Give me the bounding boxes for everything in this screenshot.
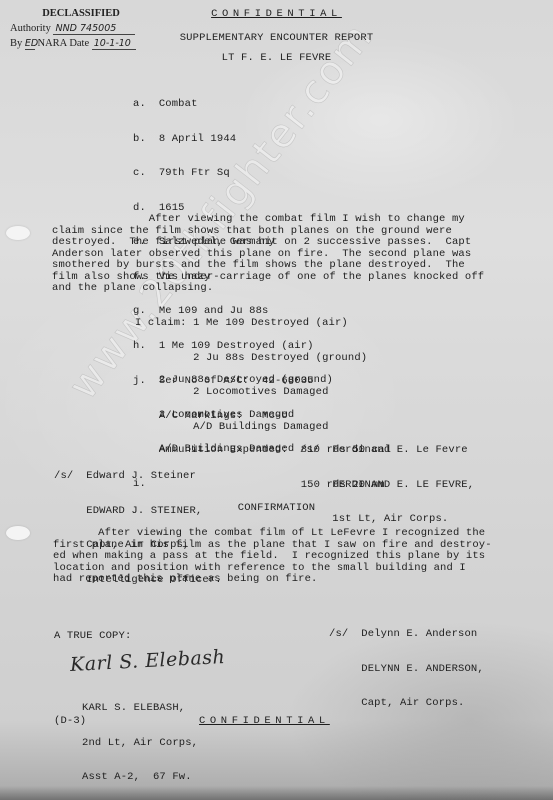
item-i-paragraph: After viewing the combat film I wish to … (52, 214, 532, 295)
signature-line: FERDINAND E. LE FEVRE, (300, 480, 474, 492)
paragraph-text: After viewing the combat film of Lt LeFe… (98, 527, 485, 539)
signature-prefix: /s/ (300, 444, 319, 456)
signature-signed: Edward J. Steiner (86, 470, 196, 482)
signature-name: KARL S. ELEBASH, (82, 703, 198, 715)
claim-label: I claim: (135, 317, 187, 329)
classification-top: CONFIDENTIAL (0, 9, 553, 21)
item-key: b. (133, 133, 146, 145)
paragraph-line: and the plane collapsing. (52, 283, 532, 295)
item-a: a. Combat (133, 99, 333, 111)
markings-value: MC-U (262, 410, 288, 422)
item-key: c. (133, 167, 146, 179)
signature-line: DELYNN E. ANDERSON, (329, 664, 484, 676)
signature-rank: 2nd Lt, Air Corps, (82, 738, 198, 750)
paragraph-line: had reported this plane as being on fire… (53, 574, 533, 586)
signature-rank: Capt, Air Corps. (361, 697, 464, 709)
paragraph-line: destroyed. The first plane was hit on 2 … (52, 237, 532, 249)
confirmation-signature-block: /s/ Delynn E. Anderson DELYNN E. ANDERSO… (329, 606, 484, 733)
true-copy-signature-block: KARL S. ELEBASH, 2nd Lt, Air Corps, Asst… (82, 680, 198, 800)
classification-bottom: CONFIDENTIAL (199, 716, 330, 728)
signature-title: Asst A-2, 67 Fw. (82, 772, 198, 784)
signature-prefix: /s/ (54, 470, 73, 482)
signature-name: DELYNN E. ANDERSON, (361, 663, 484, 675)
paragraph-line: ed when making a pass at the field. I re… (53, 551, 533, 563)
item-value: 79th Ftr Sq (159, 167, 230, 179)
signature-signed: Delynn E. Anderson (361, 628, 477, 640)
signature-line: Capt, Air Corps. (329, 698, 484, 710)
document-page: www.20thfighter.com DECLASSIFIED Authori… (0, 0, 553, 800)
page-code: (D-3) (54, 716, 86, 728)
officer-name: LT F. E. LE FEVRE (0, 53, 553, 65)
paragraph-line: After viewing the combat film I wish to … (52, 214, 532, 226)
item-value: 8 April 1944 (159, 133, 236, 145)
signature-line: /s/ Delynn E. Anderson (329, 629, 484, 641)
signature-line: /s/ Edward J. Steiner (54, 471, 222, 483)
signature-prefix: /s/ (329, 628, 348, 640)
item-value: 1615 (159, 202, 185, 214)
item-value: Combat (159, 98, 198, 110)
paragraph-line: After viewing the combat film of Lt LeFe… (53, 528, 533, 540)
signature-name: FERDINAND E. LE FEVRE, (332, 479, 474, 491)
true-copy-label: A TRUE COPY: (54, 631, 131, 643)
claim-line: I claim: 1 Me 109 Destroyed (air) (135, 318, 367, 330)
signature-line: 1st Lt, Air Corps. (300, 514, 474, 526)
markings-label: A/C Markings: (159, 410, 243, 422)
markings-row: A/C Markings: MC-U (133, 411, 391, 423)
claim-item: 1 Me 109 Destroyed (air) (193, 317, 348, 329)
punch-hole (6, 226, 30, 240)
serial-value: 42-68035 (262, 375, 314, 387)
punch-hole (6, 526, 30, 540)
item-c: c. 79th Ftr Sq (133, 168, 333, 180)
confirmation-heading: CONFIRMATION (0, 503, 553, 515)
item-key: j. (133, 375, 146, 387)
signature-signed: Ferdinand E. Le Fevre (332, 444, 467, 456)
report-title: SUPPLEMENTARY ENCOUNTER REPORT (0, 33, 553, 45)
paragraph-text: After viewing the combat film I wish to … (149, 213, 465, 225)
item-b: b. 8 April 1944 (133, 134, 333, 146)
signature-line: /s/ Ferdinand E. Le Fevre (300, 445, 474, 457)
handwritten-signature: Karl S. Elebash (70, 646, 226, 676)
item-key: a. (133, 98, 146, 110)
confirmation-paragraph: After viewing the combat film of Lt LeFe… (53, 528, 533, 586)
signature-rank: 1st Lt, Air Corps. (332, 513, 448, 525)
item-key: d. (133, 202, 146, 214)
serial-label: Ser No of A/C: (159, 375, 249, 387)
paragraph-line: smothered by bursts and the film shows t… (52, 260, 532, 272)
serial-row: j. Ser No of A/C: 42-68035 (133, 376, 391, 388)
